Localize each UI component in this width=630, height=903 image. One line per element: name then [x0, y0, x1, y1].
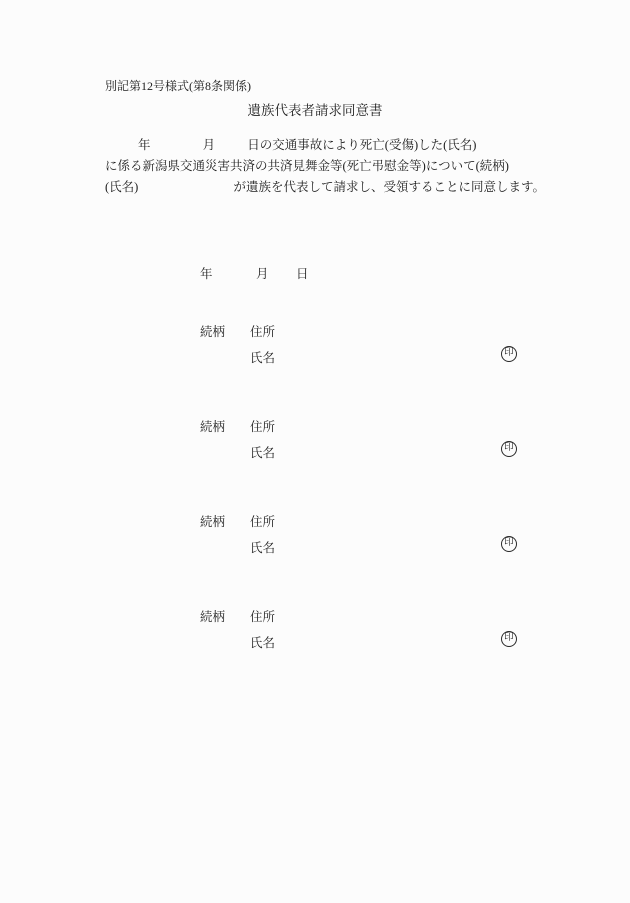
date-day-label: 日 [296, 264, 309, 282]
seal-mark-icon: 印 [501, 631, 517, 647]
seal-label: 印 [504, 539, 514, 549]
seal-mark-icon: 印 [501, 441, 517, 457]
relation-label: 続柄 [200, 512, 225, 530]
signature-date-line: 年 月 日 [0, 264, 630, 280]
name-label: 氏名 [250, 348, 275, 366]
name-label: 氏名 [250, 538, 275, 556]
body-line-1: 年 月 日の交通事故により死亡(受傷)した(氏名) [105, 135, 535, 156]
address-label: 住所 [250, 417, 275, 435]
date-year-label: 年 [200, 264, 213, 282]
seal-mark-icon: 印 [501, 536, 517, 552]
address-label: 住所 [250, 512, 275, 530]
form-number: 別記第12号様式(第8条関係) [105, 77, 251, 94]
name-label: 氏名 [250, 633, 275, 651]
name-label: 氏名 [250, 443, 275, 461]
document-title: 遺族代表者請求同意書 [0, 99, 630, 119]
month-label: 月 [203, 135, 216, 156]
relation-label: 続柄 [200, 322, 225, 340]
address-label: 住所 [250, 607, 275, 625]
seal-label: 印 [504, 444, 514, 454]
signature-block-4: 続柄 住所 氏名 印 [0, 607, 630, 651]
seal-label: 印 [504, 349, 514, 359]
relation-label: 続柄 [200, 417, 225, 435]
signature-block-1: 続柄 住所 氏名 印 [0, 322, 630, 366]
relation-label: 続柄 [200, 607, 225, 625]
name-label: (氏名) [105, 177, 138, 198]
date-month-label: 月 [256, 264, 269, 282]
body-line-2: に係る新潟県交通災害共済の共済見舞金等(死亡弔慰金等)について(続柄) [105, 156, 535, 177]
day-label: 日 [247, 135, 260, 156]
address-label: 住所 [250, 322, 275, 340]
seal-mark-icon: 印 [501, 346, 517, 362]
year-label: 年 [138, 135, 151, 156]
signature-block-2: 続柄 住所 氏名 印 [0, 417, 630, 461]
body-line-1-text: の交通事故により死亡(受傷)した(氏名) [260, 138, 477, 152]
body-line-3-text: が遺族を代表して請求し、受領することに同意します。 [233, 177, 545, 198]
body-line-3: (氏名) が遺族を代表して請求し、受領することに同意します。 [105, 177, 535, 198]
document-page: 別記第12号様式(第8条関係) 遺族代表者請求同意書 年 月 日の交通事故により… [0, 0, 630, 903]
seal-label: 印 [504, 634, 514, 644]
signature-block-3: 続柄 住所 氏名 印 [0, 512, 630, 556]
body-paragraph: 年 月 日の交通事故により死亡(受傷)した(氏名) に係る新潟県交通災害共済の共… [105, 135, 535, 198]
